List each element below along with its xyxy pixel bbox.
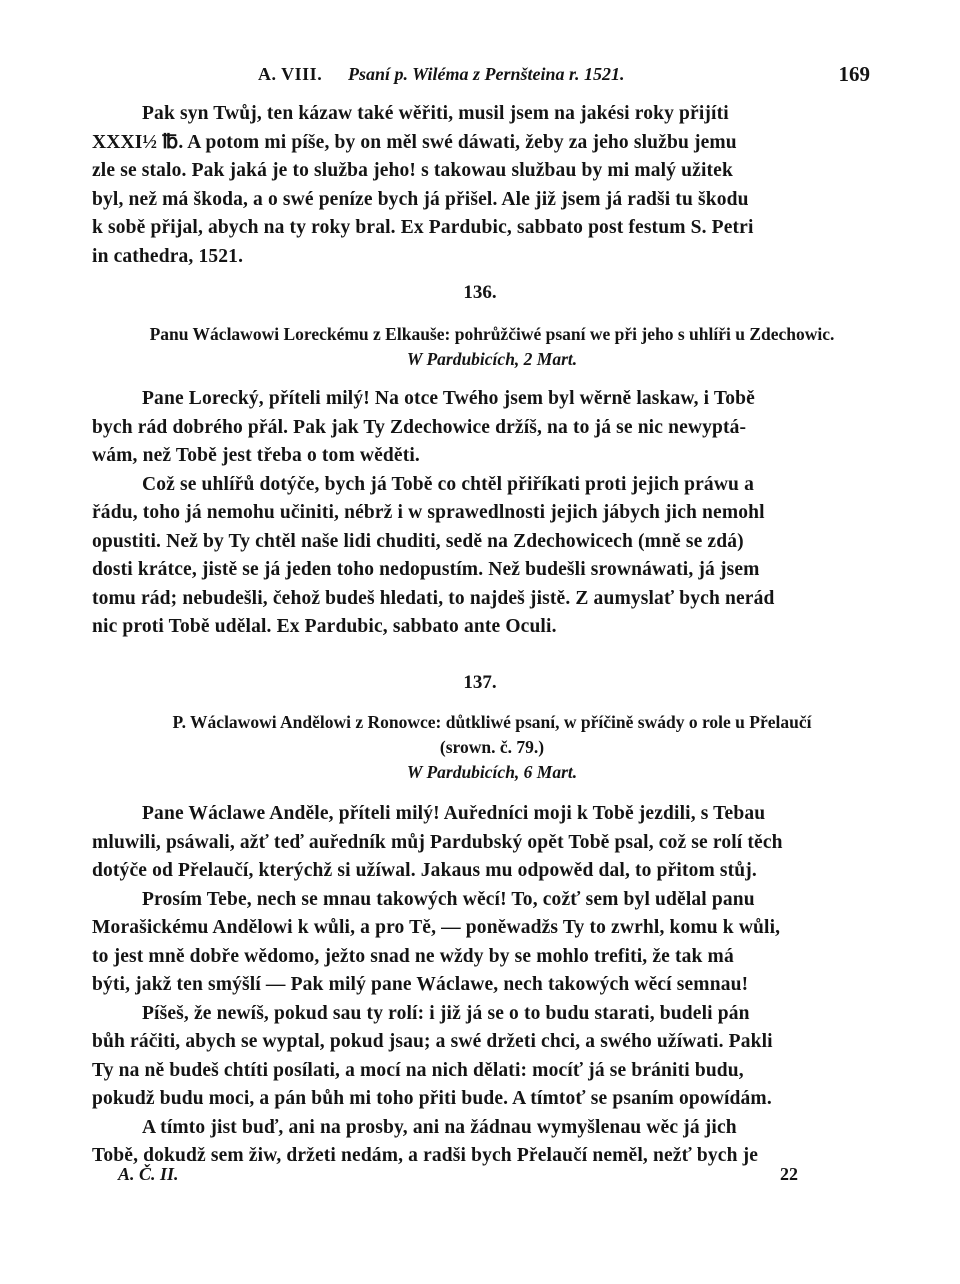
text-line: XXXI½ ℔. A potom mi píše, by on měl swé …	[92, 129, 892, 158]
text-line: bych rád dobrého přál. Pak jak Ty Zdecho…	[92, 414, 892, 443]
sheet-number: 22	[780, 1164, 798, 1185]
letter-137-body: Pane Wáclawe Anděle, příteli milý! Auřed…	[92, 800, 892, 1171]
text-line: dotýče od Přelaučí, kterýchž si užíwal. …	[92, 857, 892, 886]
text-line: dosti krátce, jistě se já jeden toho ned…	[92, 556, 892, 585]
text-line: nic proti Tobě udělal. Ex Pardubic, sabb…	[92, 613, 892, 642]
regest-text: Panu Wáclawowi Loreckému z Elkauše: pohr…	[92, 322, 892, 347]
text-line: byl, než má škoda, a o swé peníze bych j…	[92, 186, 892, 215]
text-line: Pane Lorecký, příteli milý! Na otce Twéh…	[92, 385, 892, 414]
section-label: A. VIII.	[258, 64, 322, 85]
letter-137-regest: P. Wáclawowi Andělowi z Ronowce: důtkliw…	[92, 710, 892, 785]
text-line: wám, než Tobě jest třeba o tom wěděti.	[92, 442, 892, 471]
text-line: Píšeš, že newíš, pokud sau ty rolí: i ji…	[92, 1000, 892, 1029]
letter-135-ending: Pak syn Twůj, ten kázaw také wěřiti, mus…	[92, 100, 892, 271]
page-footer: A. Č. II. 22	[118, 1164, 798, 1190]
book-page: A. VIII. Psaní p. Wiléma z Pernšteina r.…	[0, 0, 960, 1284]
text-line: pokudž budu moci, a pán bůh mi toho přit…	[92, 1085, 892, 1114]
text-line: tomu rád; nebudešli, čehož budeš hledati…	[92, 585, 892, 614]
letter-136-regest: Panu Wáclawowi Loreckému z Elkauše: pohr…	[92, 322, 892, 372]
text-line: Pane Wáclawe Anděle, příteli milý! Auřed…	[92, 800, 892, 829]
regest-note: (srown. č. 79.)	[92, 735, 892, 760]
running-title: Psaní p. Wiléma z Pernšteina r. 1521.	[348, 64, 625, 85]
text-line: býti, jakž ten smýšlí — Pak milý pane Wá…	[92, 971, 892, 1000]
text-line: A tímto jist buď, ani na prosby, ani na …	[92, 1114, 892, 1143]
text-line: bůh ráčiti, abych se wyptal, pokud jsau;…	[92, 1028, 892, 1057]
letter-number-137: 137.	[0, 672, 960, 694]
signature-mark: A. Č. II.	[118, 1164, 179, 1185]
letter-136-body: Pane Lorecký, příteli milý! Na otce Twéh…	[92, 385, 892, 642]
page-number: 169	[839, 62, 871, 87]
text-line: Což se uhlířů dotýče, bych já Tobě co ch…	[92, 471, 892, 500]
text-line: in cathedra, 1521.	[92, 243, 892, 272]
text-line: Prosím Tebe, nech se mnau takowých wěcí!…	[92, 886, 892, 915]
text-line: mluwili, psáwali, ažť teď auředník můj P…	[92, 829, 892, 858]
text-line: opustiti. Než by Ty chtěl naše lidi chud…	[92, 528, 892, 557]
text-line: to jest mně dobře wědomo, ježto snad ne …	[92, 943, 892, 972]
running-head: A. VIII. Psaní p. Wiléma z Pernšteina r.…	[258, 64, 870, 92]
text-line: k sobě přijal, abych na ty roky bral. Ex…	[92, 214, 892, 243]
text-line: Ty na ně budeš chtíti posílati, a mocí n…	[92, 1057, 892, 1086]
text-line: řádu, toho já nemohu učiniti, nébrž i w …	[92, 499, 892, 528]
text-line: zle se stalo. Pak jaká je to služba jeho…	[92, 157, 892, 186]
text-line: Pak syn Twůj, ten kázaw také wěřiti, mus…	[92, 100, 892, 129]
place-date: W Pardubicích, 6 Mart.	[92, 760, 892, 785]
letter-number-136: 136.	[0, 282, 960, 304]
text-line: Morašickému Andělowi k wůli, a pro Tě, —…	[92, 914, 892, 943]
regest-text: P. Wáclawowi Andělowi z Ronowce: důtkliw…	[92, 710, 892, 735]
place-date: W Pardubicích, 2 Mart.	[92, 347, 892, 372]
